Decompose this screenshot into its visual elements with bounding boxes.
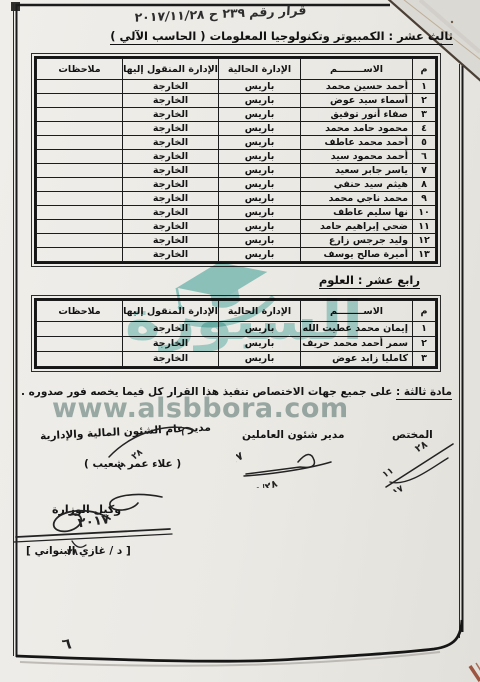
col-header-current-dept: الإدارة الحالية — [219, 301, 301, 322]
table-header-row: م الاســــــــم الإدارة الحالية الإدارة … — [37, 301, 436, 322]
signature-date-day: ٢٨ — [67, 548, 78, 557]
section-thirteen-heading: ثالث عشر : الكمبيوتر وتكنولوجيا المعلوما… — [110, 29, 453, 45]
cell-notes — [37, 178, 123, 192]
table-row: ١٣أميرة صالح يوسفباريسالخارجة — [37, 248, 436, 262]
table-row: ٣كامليا زايد عوضباريسالخارجة — [37, 352, 436, 367]
cell-notes — [37, 108, 123, 122]
cell-num: ٧ — [413, 164, 436, 178]
cell-current: باريس — [219, 337, 301, 352]
signature-date-year: ٢٠١٧ — [381, 484, 405, 492]
table-row: ٥أحمد محمد عاطفباريسالخارجة — [37, 136, 436, 150]
table-row: ٨هيثم سيد حنفيباريسالخارجة — [37, 178, 436, 192]
cell-current: باريس — [219, 108, 301, 122]
signature-date-month: ١١ — [381, 466, 396, 480]
cell-transferred: الخارجة — [123, 164, 219, 178]
table-row: ٦أحمد محمود سيدباريسالخارجة — [37, 150, 436, 164]
cell-name: أحمد محمود سيد — [301, 150, 413, 164]
table-row: ٢أسماء سيد عوضباريسالخارجة — [37, 94, 436, 108]
cell-notes — [37, 337, 123, 352]
cell-current: باريس — [219, 80, 301, 94]
cell-notes — [37, 94, 123, 108]
cell-num: ٣ — [413, 352, 436, 367]
transfer-table-13: م الاســــــــم الإدارة الحالية الإدارة … — [36, 58, 436, 262]
cell-notes — [37, 122, 123, 136]
cell-num: ٩ — [413, 192, 436, 206]
col-header-notes: ملاحظات — [37, 301, 123, 322]
cell-notes — [37, 192, 123, 206]
cell-name: ضحي إبراهيم حامد — [301, 220, 413, 234]
col-header-num: م — [413, 59, 436, 80]
table-row: ١أحمد حسين محمدباريسالخارجة — [37, 80, 436, 94]
table-row: ١إيمان محمد عطيت اللهباريسالخارجة — [37, 322, 436, 337]
cell-transferred: الخارجة — [123, 108, 219, 122]
cell-num: ٢ — [413, 94, 436, 108]
cell-name: كامليا زايد عوض — [301, 352, 413, 367]
cell-current: باريس — [219, 164, 301, 178]
signature-date-month: ١١ — [115, 459, 129, 470]
cell-num: ٨ — [413, 178, 436, 192]
cell-num: ١٢ — [413, 234, 436, 248]
financial-admin-director-signature: ٢٨ ١١ — [103, 415, 203, 470]
cell-name: أحمد حسين محمد — [301, 80, 413, 94]
signature-date-day-month: ١١/٢٨ — [249, 479, 279, 488]
table-row: ٣صفاء أنور توفيقباريسالخارجة — [37, 108, 436, 122]
cell-transferred: الخارجة — [123, 136, 219, 150]
cell-name: أحمد محمد عاطف — [301, 136, 413, 150]
article-three-label: مادة ثالثة : — [396, 386, 452, 400]
page-number: ٦ — [61, 634, 73, 653]
cell-name: هيثم سيد حنفي — [301, 178, 413, 192]
cell-current: باريس — [219, 220, 301, 234]
signature-date-day: ٢٨ — [413, 439, 429, 455]
cell-current: باريس — [219, 136, 301, 150]
cell-num: ١ — [413, 322, 436, 337]
cell-notes — [37, 352, 123, 367]
specialist-signature: ٢٨ ١١ ٢٠١٧ — [378, 432, 463, 492]
cell-transferred: الخارجة — [123, 322, 219, 337]
col-header-current-dept: الإدارة الحالية — [219, 59, 301, 80]
table-row: ١١ضحي إبراهيم حامدباريسالخارجة — [37, 220, 436, 234]
cell-current: باريس — [219, 248, 301, 262]
cell-num: ٤ — [413, 122, 436, 136]
cell-current: باريس — [219, 322, 301, 337]
cell-transferred: الخارجة — [123, 192, 219, 206]
cell-num: ١٠ — [413, 206, 436, 220]
cell-notes — [37, 164, 123, 178]
cell-notes — [37, 136, 123, 150]
cell-name: محمود حامد محمد — [301, 122, 413, 136]
science-table: م الاســــــــم الإدارة الحالية الإدارة … — [34, 298, 438, 369]
table-header-row: م الاســــــــم الإدارة الحالية الإدارة … — [37, 59, 436, 80]
table-row: ٢سمر أحمد محمد حريفباريسالخارجة — [37, 337, 436, 352]
cell-num: ٢ — [413, 337, 436, 352]
cell-name: وليد جرجس زارع — [301, 234, 413, 248]
cell-name: نها سليم عاطف — [301, 206, 413, 220]
page-content: قرار رقم ٢٣٩ ح ٢٠١٧/١١/٢٨ ثالث عشر : الك… — [0, 0, 480, 682]
cell-transferred: الخارجة — [123, 248, 219, 262]
cell-current: باريس — [219, 122, 301, 136]
cell-name: إيمان محمد عطيت الله — [301, 322, 413, 337]
cell-notes — [37, 220, 123, 234]
cell-notes — [37, 80, 123, 94]
cell-name: أسماء سيد عوض — [301, 94, 413, 108]
cell-current: باريس — [219, 192, 301, 206]
table-row: ١٢وليد جرجس زارعباريسالخارجة — [37, 234, 436, 248]
cell-transferred: الخارجة — [123, 150, 219, 164]
cell-current: باريس — [219, 352, 301, 367]
cell-transferred: الخارجة — [123, 122, 219, 136]
cell-current: باريس — [219, 150, 301, 164]
cell-num: ١ — [413, 80, 436, 94]
col-header-name: الاســــــــم — [301, 301, 413, 322]
col-header-transfer-dept: الإدارة المنقول إليها — [123, 59, 219, 80]
cell-transferred: الخارجة — [123, 206, 219, 220]
table-row: ١٠نها سليم عاطفباريسالخارجة — [37, 206, 436, 220]
col-header-notes: ملاحظات — [37, 59, 123, 80]
cell-transferred: الخارجة — [123, 234, 219, 248]
col-header-transfer-dept: الإدارة المنقول إليها — [123, 301, 219, 322]
computer-it-table: م الاســــــــم الإدارة الحالية الإدارة … — [34, 56, 438, 264]
table-row: ٩محمد ناجي محمدباريسالخارجة — [37, 192, 436, 206]
cell-name: صفاء أنور توفيق — [301, 108, 413, 122]
cell-transferred: الخارجة — [123, 220, 219, 234]
cell-current: باريس — [219, 206, 301, 220]
cell-num: ٣ — [413, 108, 436, 122]
cell-name: ياسر جابر سعيد — [301, 164, 413, 178]
undersecretary-signature: ٢٠١٧ ٢٨ — [12, 489, 177, 557]
transfer-table-14: م الاســــــــم الإدارة الحالية الإدارة … — [36, 300, 436, 367]
article-three-text: على جميع جهات الاختصاص تنفيذ هذا القرار … — [21, 386, 392, 398]
col-header-num: م — [413, 301, 436, 322]
article-three-line: مادة ثالثة : على جميع جهات الاختصاص تنفي… — [40, 386, 452, 398]
signature-date-year: ٢٠١٧ — [77, 512, 111, 531]
cell-notes — [37, 206, 123, 220]
signature-date-day: ٢٨ — [130, 447, 145, 462]
cell-num: ٥ — [413, 136, 436, 150]
cell-transferred: الخارجة — [123, 352, 219, 367]
scanned-decree-page: قرار رقم ٢٣٩ ح ٢٠١٧/١١/٢٨ ثالث عشر : الك… — [0, 0, 480, 682]
cell-notes — [37, 322, 123, 337]
cell-current: باريس — [219, 234, 301, 248]
cell-current: باريس — [219, 94, 301, 108]
cell-num: ١٣ — [413, 248, 436, 262]
cell-num: ١١ — [413, 220, 436, 234]
cell-transferred: الخارجة — [123, 178, 219, 192]
cell-notes — [37, 248, 123, 262]
table-row: ٤محمود حامد محمدباريسالخارجة — [37, 122, 436, 136]
table-row: ٧ياسر جابر سعيدباريسالخارجة — [37, 164, 436, 178]
cell-notes — [37, 234, 123, 248]
cell-current: باريس — [219, 178, 301, 192]
cell-name: أميرة صالح يوسف — [301, 248, 413, 262]
staff-affairs-director-signature: ٢٠١٧ ١١/٢٨ — [236, 440, 336, 488]
section-fourteen-heading: رابع عشر : العلوم — [319, 273, 420, 289]
cell-transferred: الخارجة — [123, 337, 219, 352]
cell-num: ٦ — [413, 150, 436, 164]
cell-name: محمد ناجي محمد — [301, 192, 413, 206]
cell-notes — [37, 150, 123, 164]
handwritten-decree-note: قرار رقم ٢٣٩ ح ٢٠١٧/١١/٢٨ — [118, 2, 324, 26]
col-header-name: الاســــــــم — [301, 59, 413, 80]
cell-name: سمر أحمد محمد حريف — [301, 337, 413, 352]
cell-transferred: الخارجة — [123, 94, 219, 108]
cell-transferred: الخارجة — [123, 80, 219, 94]
signature-date-year: ٢٠١٧ — [236, 449, 246, 473]
